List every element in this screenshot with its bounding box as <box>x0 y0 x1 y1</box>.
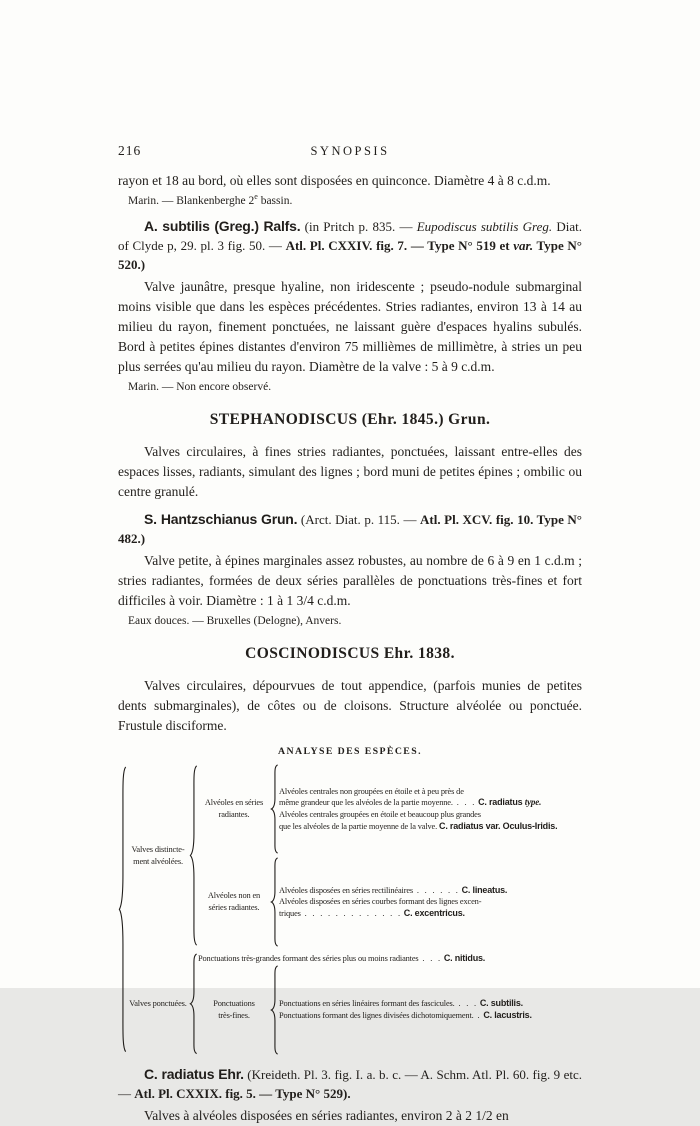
habitat-note: Marin. — Non encore observé. <box>118 380 582 395</box>
synonym-italic: Eupodiscus subtilis Greg. <box>417 219 552 234</box>
key-sub-non-radiantes: Alvéoles non en séries radiantes. Alvéol… <box>198 857 582 947</box>
species-description: Valves à alvéoles disposées en séries ra… <box>118 1106 582 1126</box>
key-label-valves-ponctuees: Valves ponctuées. <box>127 998 189 1010</box>
species-name: C. lineatus. <box>462 885 508 895</box>
genus-heading-stephanodiscus: STEPHANODISCUS (Ehr. 1845.) Grun. <box>118 410 582 430</box>
habitat-note: Eaux douces. — Bruxelles (Delogne), Anve… <box>118 614 582 629</box>
brace-icon <box>118 764 127 1055</box>
analyse-heading: ANALYSE DES ESPÈCES. <box>118 746 582 757</box>
running-header: 216 SYNOPSIS <box>118 143 582 159</box>
key-label-series-radiantes: Alvéoles en séries radiantes. <box>198 797 270 820</box>
key-group-alveolees: Valves distincte- ment alvéolées. Alvéol… <box>127 764 582 947</box>
key-group-ponctuees: Valves ponctuées. Ponctuations très-gran… <box>127 953 582 1055</box>
genus-description: Valves circulaires, à fines stries radia… <box>118 442 582 502</box>
key-sub-series-radiantes: Alvéoles en séries radiantes. Alvéoles c… <box>198 764 582 854</box>
brace-icon <box>270 965 279 1055</box>
species-name: A. subtilis (Greg.) Ralfs. <box>144 218 300 234</box>
key-item-radiatus-type: Alvéoles centrales non groupées en étoil… <box>279 786 582 809</box>
key-root-column: Valves distincte- ment alvéolées. Alvéol… <box>127 764 582 1055</box>
brace-icon <box>189 953 198 1055</box>
species-name: C. radiatus <box>478 797 525 807</box>
brace-icon <box>270 764 279 854</box>
running-title: SYNOPSIS <box>178 144 522 159</box>
key-item-nitidus: Ponctuations très-grandes formant des sé… <box>198 953 582 965</box>
book-page: 216 SYNOPSIS rayon et 18 au bord, où ell… <box>0 0 700 988</box>
species-name-variant: type. <box>525 797 542 807</box>
key-label-valves-alveolees: Valves distincte- ment alvéolées. <box>127 844 189 867</box>
genus-heading-coscinodiscus: COSCINODISCUS Ehr. 1838. <box>118 644 582 664</box>
key-item-radiatus-oculus-iridis: Alvéoles centrales groupées en étoile et… <box>279 809 582 832</box>
species-description: Valve jaunâtre, presque hyaline, non iri… <box>118 277 582 377</box>
key-label-non-series-radiantes: Alvéoles non en séries radiantes. <box>198 890 270 913</box>
species-name: C. radiatus var. Oculus-Iridis. <box>439 821 557 831</box>
dot-leader: . <box>474 1011 484 1020</box>
species-entry-a-subtilis: A. subtilis (Greg.) Ralfs. (in Pritch p.… <box>118 217 582 274</box>
species-name: C. radiatus Ehr. <box>144 1066 244 1082</box>
brace-icon <box>189 764 198 947</box>
dot-leader: . . . . . . <box>413 886 462 895</box>
dot-leader: . . . . . . . . . . . . . <box>301 909 404 918</box>
dot-leader: . . . <box>453 798 478 807</box>
dot-leader: . . . <box>455 999 480 1008</box>
dot-leader: . . . <box>419 954 444 963</box>
species-name: C. subtilis. <box>480 998 523 1008</box>
intro-habitat-note: Marin. — Blankenberghe 2e bassin. <box>118 194 582 209</box>
species-name: S. Hantzschianus Grun. <box>144 511 297 527</box>
page-number: 216 <box>118 143 178 159</box>
species-name: C. nitidus. <box>444 953 485 963</box>
key-item-subtilis: Ponctuations en séries linéaires formant… <box>279 998 582 1010</box>
key-label-ponctuations-tres-fines: Ponctuations très-fines. <box>198 998 270 1021</box>
key-item-excentricus: Alvéoles disposées en séries courbes for… <box>279 896 582 919</box>
species-name: C. lacustris. <box>483 1010 531 1020</box>
species-entry-c-radiatus: C. radiatus Ehr. (Kreideth. Pl. 3. fig. … <box>118 1065 582 1103</box>
key-item-lacustris: Ponctuations formant des lignes divisées… <box>279 1010 582 1022</box>
key-sub-tres-fines: Ponctuations très-fines. Ponctuations en… <box>198 965 582 1055</box>
key-item-lineatus: Alvéoles disposées en séries rectilinéai… <box>279 885 582 897</box>
species-description: Valve petite, à épines marginales assez … <box>118 551 582 611</box>
species-name: C. excentricus. <box>404 908 465 918</box>
intro-paragraph: rayon et 18 au bord, où elles sont dispo… <box>118 171 582 191</box>
species-key-table: Valves distincte- ment alvéolées. Alvéol… <box>118 764 582 1055</box>
brace-icon <box>270 857 279 947</box>
genus-description: Valves circulaires, dépourvues de tout a… <box>118 676 582 736</box>
species-entry-s-hantzschianus: S. Hantzschianus Grun. (Arct. Diat. p. 1… <box>118 510 582 548</box>
